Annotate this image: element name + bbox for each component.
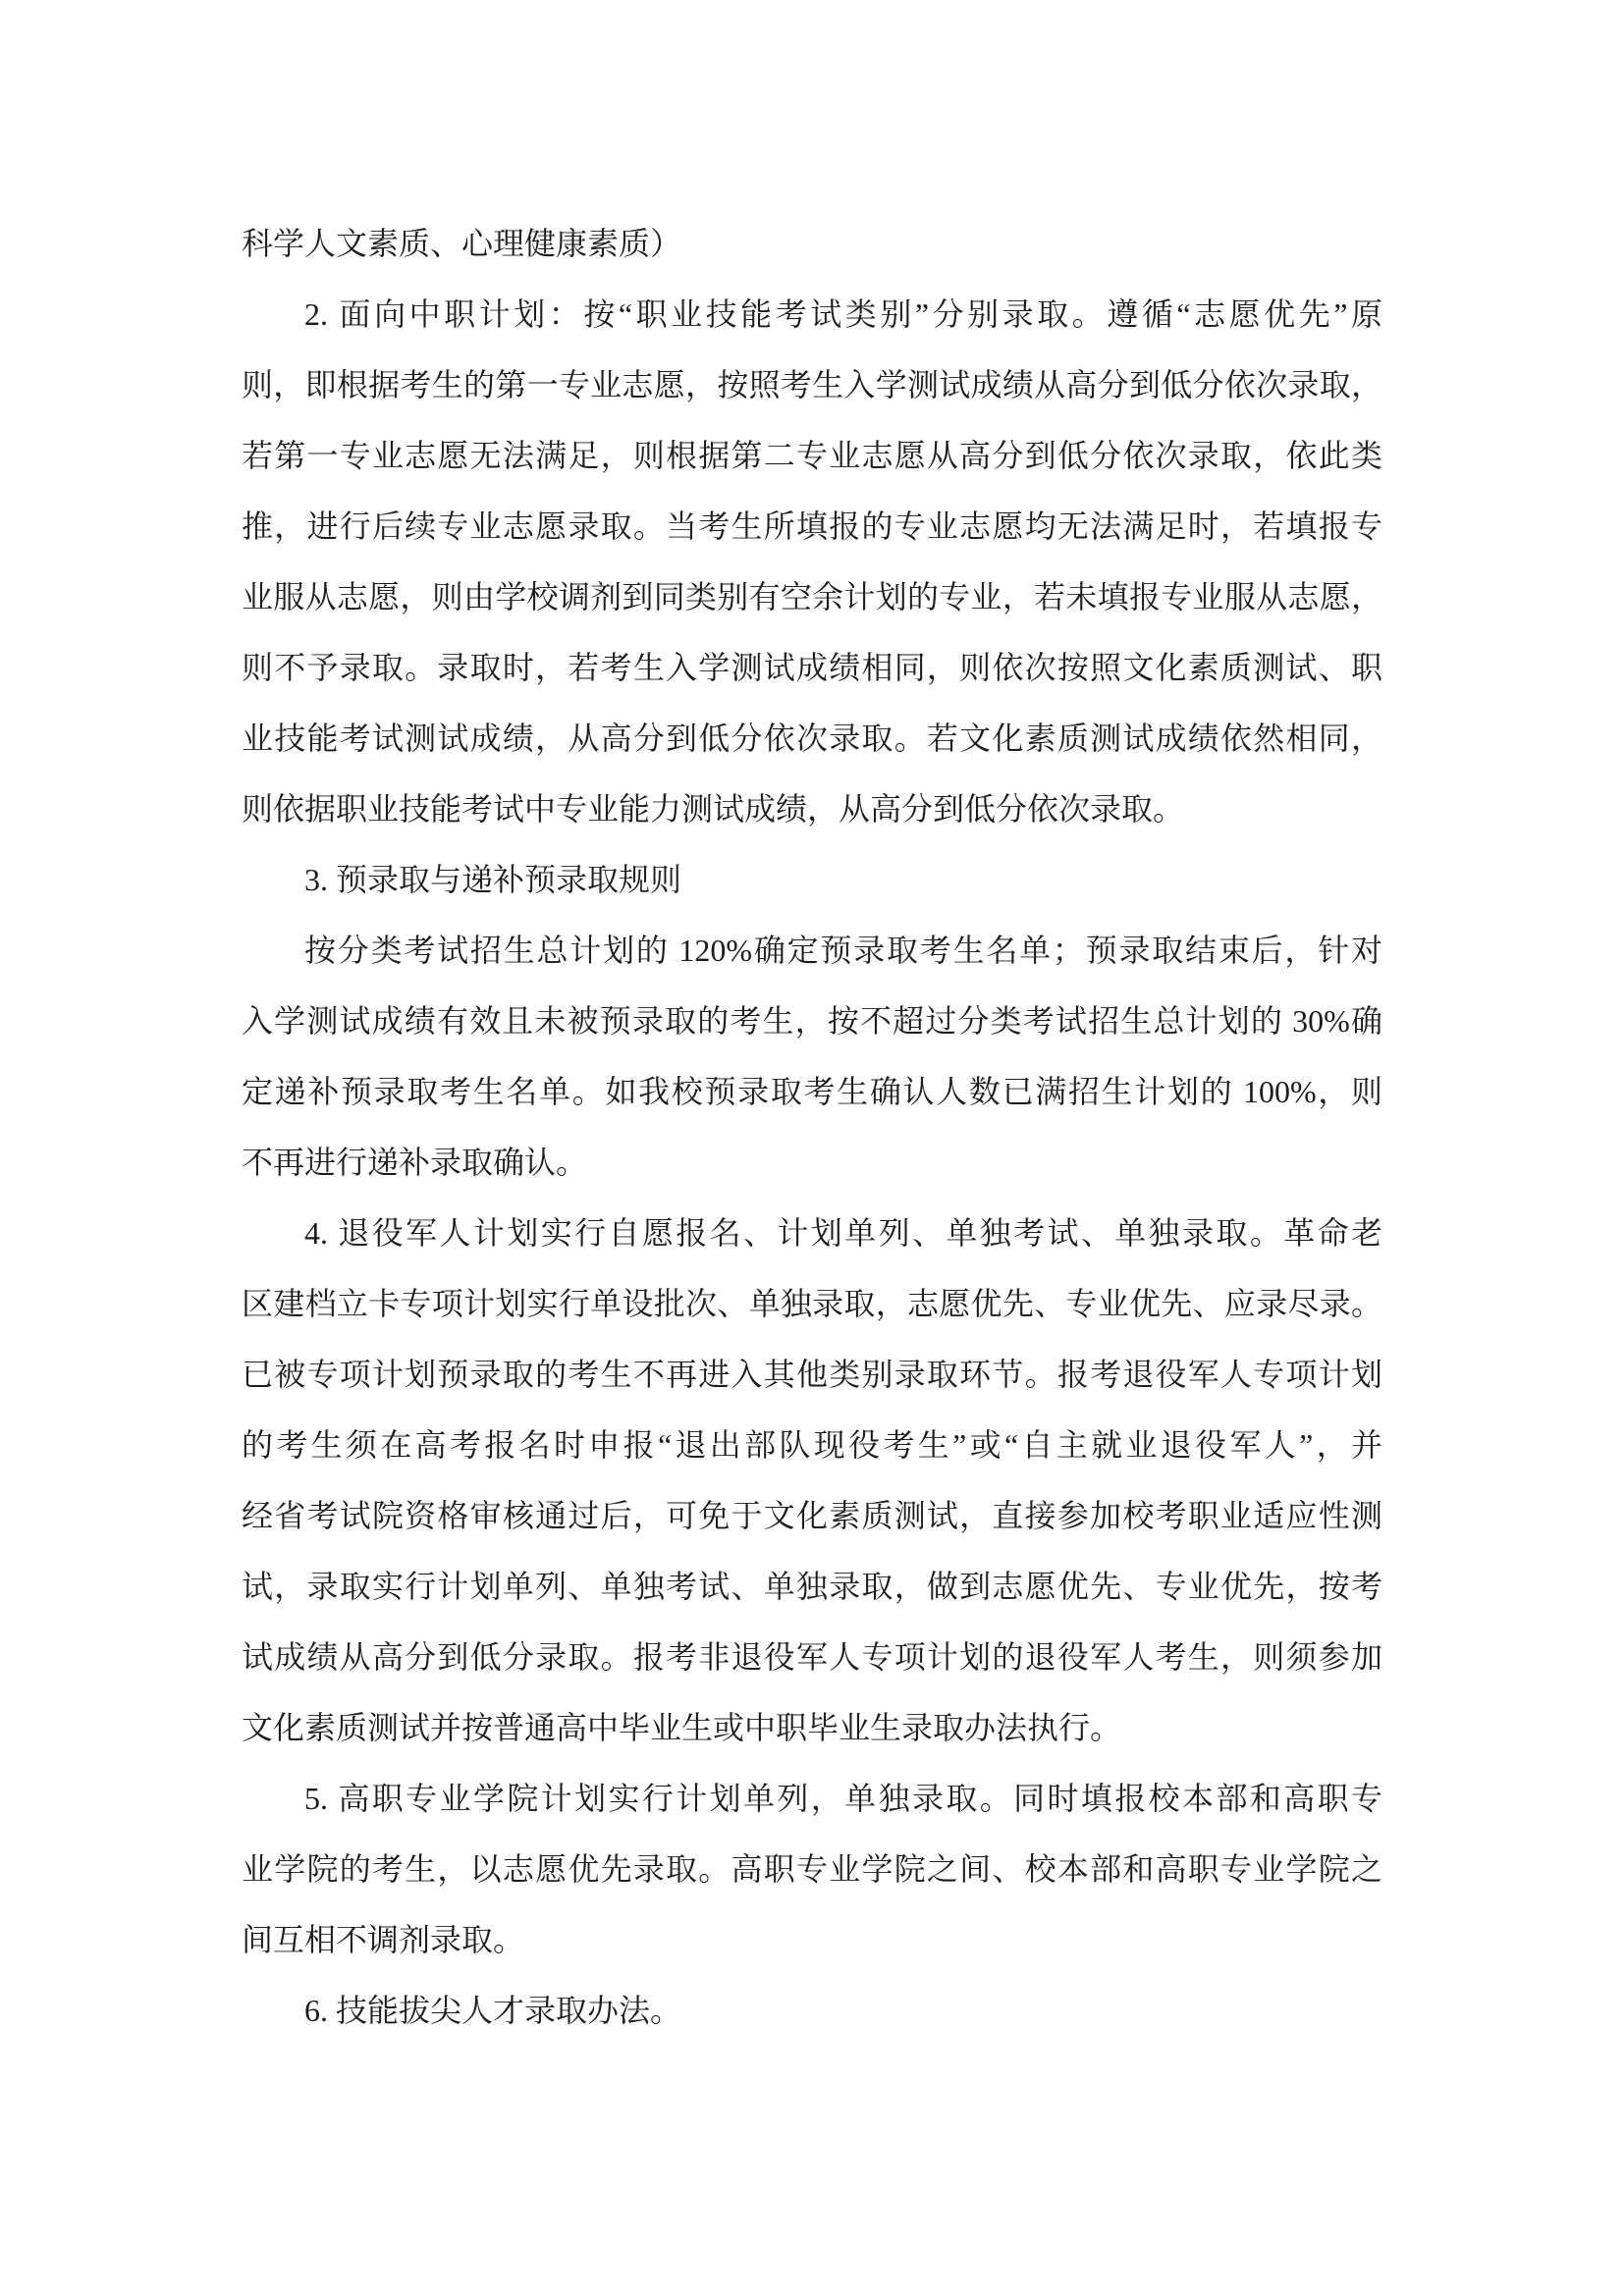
text-line: 若第一专业志愿无法满足，则根据第二专业志愿从高分到低分依次录取，依此类 <box>242 420 1382 491</box>
text-line: 推，进行后续专业志愿录取。当考生所填报的专业志愿均无法满足时，若填报专 <box>242 491 1382 561</box>
text-line: 间互相不调剂录取。 <box>242 1904 1382 1975</box>
text-line: 则，即根据考生的第一专业志愿，按照考生入学测试成绩从高分到低分依次录取， <box>242 349 1382 420</box>
text-line: 科学人文素质、心理健康素质） <box>242 208 1382 279</box>
text-line: 不再进行递补录取确认。 <box>242 1127 1382 1198</box>
text-line: 已被专项计划预录取的考生不再进入其他类别录取环节。报考退役军人专项计划 <box>242 1339 1382 1410</box>
text-line: 经省考试院资格审核通过后，可免于文化素质测试，直接参加校考职业适应性测 <box>242 1480 1382 1551</box>
text-line: 试成绩从高分到低分录取。报考非退役军人专项计划的退役军人考生，则须参加 <box>242 1622 1382 1692</box>
text-line: 的考生须在高考报名时申报“退出部队现役考生”或“自主就业退役军人”，并 <box>242 1410 1382 1480</box>
text-line: 业学院的考生，以志愿优先录取。高职专业学院之间、校本部和高职专业学院之 <box>242 1834 1382 1904</box>
document-page: 科学人文素质、心理健康素质）2. 面向中职计划：按“职业技能考试类别”分别录取。… <box>0 0 1624 2296</box>
text-line: 则不予录取。录取时，若考生入学测试成绩相同，则依次按照文化素质测试、职 <box>242 632 1382 703</box>
text-line: 业技能考试测试成绩，从高分到低分依次录取。若文化素质测试成绩依然相同， <box>242 703 1382 774</box>
text-line: 5. 高职专业学院计划实行计划单列，单独录取。同时填报校本部和高职专 <box>242 1763 1382 1834</box>
text-line: 则依据职业技能考试中专业能力测试成绩，从高分到低分依次录取。 <box>242 774 1382 844</box>
text-line: 定递补预录取考生名单。如我校预录取考生确认人数已满招生计划的 100%，则 <box>242 1056 1382 1127</box>
text-line: 业服从志愿，则由学校调剂到同类别有空余计划的专业，若未填报专业服从志愿， <box>242 561 1382 632</box>
text-line: 文化素质测试并按普通高中毕业生或中职毕业生录取办法执行。 <box>242 1692 1382 1763</box>
text-line: 试，录取实行计划单列、单独考试、单独录取，做到志愿优先、专业优先，按考 <box>242 1551 1382 1622</box>
text-line: 区建档立卡专项计划实行单设批次、单独录取，志愿优先、专业优先、应录尽录。 <box>242 1268 1382 1339</box>
text-line: 按分类考试招生总计划的 120%确定预录取考生名单；预录取结束后，针对 <box>242 915 1382 986</box>
text-line: 6. 技能拔尖人才录取办法。 <box>242 1975 1382 2046</box>
document-content: 科学人文素质、心理健康素质）2. 面向中职计划：按“职业技能考试类别”分别录取。… <box>242 208 1382 2046</box>
text-line: 3. 预录取与递补预录取规则 <box>242 844 1382 915</box>
text-line: 4. 退役军人计划实行自愿报名、计划单列、单独考试、单独录取。革命老 <box>242 1198 1382 1268</box>
text-line: 入学测试成绩有效且未被预录取的考生，按不超过分类考试招生总计划的 30%确 <box>242 986 1382 1056</box>
text-line: 2. 面向中职计划：按“职业技能考试类别”分别录取。遵循“志愿优先”原 <box>242 279 1382 349</box>
